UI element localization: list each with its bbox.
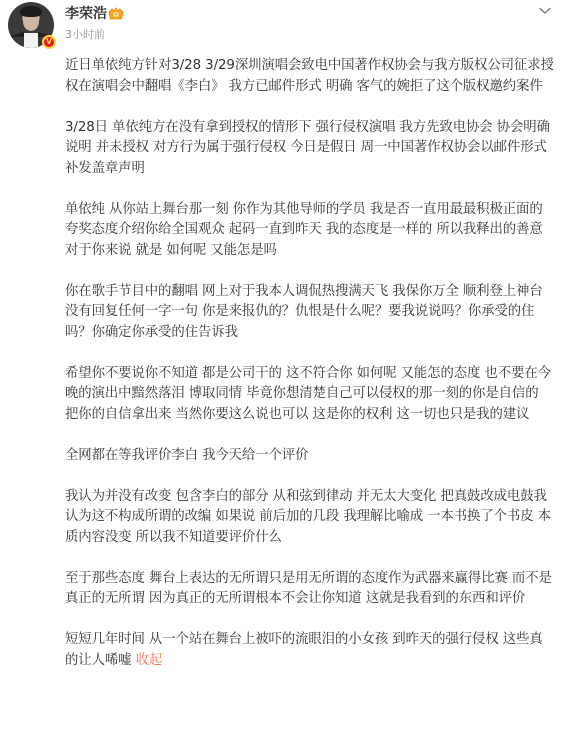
post-paragraph: 3/28日 单依纯方在没有拿到授权的情形下 强行侵权演唱 我方先致电协会 协会明…	[65, 118, 555, 180]
avatar[interactable]: V	[8, 2, 54, 48]
post-paragraph: 单依纯 从你站上舞台那一刻 你作为其他导师的学员 我是否一直用最最积极正面的夸奖…	[65, 200, 555, 262]
chevron-down-icon[interactable]	[538, 6, 552, 16]
verified-v-icon: V	[42, 35, 56, 49]
post-content: 近日单依纯方针对3/28 3/29深圳演唱会致电中国著作权协会与我方版权公司征求…	[65, 56, 555, 671]
post-paragraph: 全网都在等我评价李白 我今天给一个评价	[65, 446, 555, 467]
post-paragraph: 希望你不要说你不知道 都是公司干的 这不符合你 如何呢 又能怎的态度 也不要在今…	[65, 364, 555, 426]
username[interactable]: 李荣浩	[65, 5, 107, 23]
vip-crown-icon[interactable]	[108, 7, 124, 21]
avatar-shirt	[24, 33, 38, 48]
post-paragraph: 至于那些态度 舞台上表达的无所谓只是用无所谓的态度作为武器来赢得比赛 而不是真正…	[65, 569, 555, 610]
avatar-hair	[20, 6, 42, 17]
post-header: V 李荣浩 3小时前	[0, 0, 566, 50]
post-paragraph-last: 短短几年时间 从一个站在舞台上被吓的流眼泪的小女孩 到昨天的强行侵权 这些真的让…	[65, 630, 555, 671]
post-paragraph: 你在歌手节目中的翻唱 网上对于我本人调侃热搜满天飞 我保你万全 顺利登上神台没有…	[65, 282, 555, 344]
post-timestamp[interactable]: 3小时前	[65, 28, 105, 42]
post-paragraph: 我认为并没有改变 包含李白的部分 从和弦到律动 并无太大变化 把真鼓改成电鼓我认…	[65, 487, 555, 549]
weibo-post: V 李荣浩 3小时前 近日单依纯方针对3/28 3/29深圳演唱会致电中国著作权…	[0, 0, 566, 749]
collapse-link[interactable]: 收起	[136, 653, 163, 668]
post-paragraph: 近日单依纯方针对3/28 3/29深圳演唱会致电中国著作权协会与我方版权公司征求…	[65, 56, 555, 97]
